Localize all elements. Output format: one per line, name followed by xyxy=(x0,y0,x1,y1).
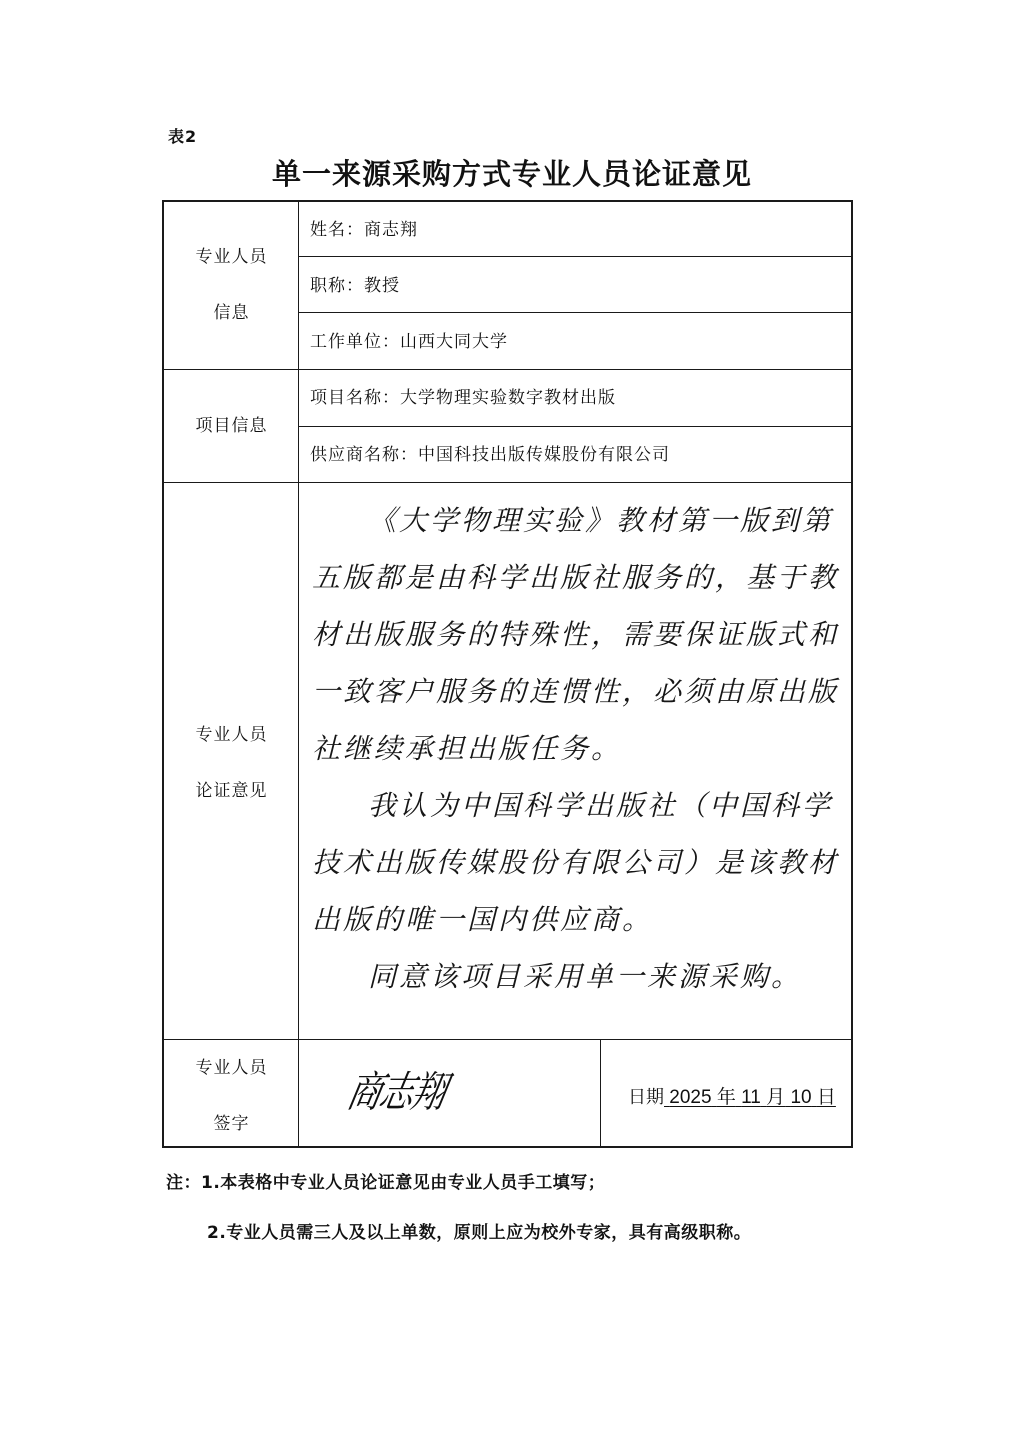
field-value: 大学物理实验数字教材出版 xyxy=(400,388,616,408)
label-line: 专业人员 xyxy=(164,707,299,763)
table-number: 表2 xyxy=(168,124,197,147)
argument-form-table: 专业人员 信息 姓名：商志翔 职称：教授 工作单位：山西大同大学 项目信息 项目… xyxy=(162,200,853,1148)
date-label: 日期 xyxy=(628,1087,664,1108)
note-2: 2.专业人员需三人及以上单数，原则上应为校外专家，具有高级职称。 xyxy=(207,1218,751,1243)
date-day: 10 xyxy=(790,1087,811,1108)
opinion-label: 专业人员 论证意见 xyxy=(164,707,299,819)
label-line: 签字 xyxy=(164,1096,299,1152)
opinion-paragraph: 同意该项目采用单一来源采购。 xyxy=(312,948,852,1005)
date-unit: 月 xyxy=(766,1087,785,1108)
field-label: 职称： xyxy=(310,276,364,296)
project-name-field: 项目名称：大学物理实验数字教材出版 xyxy=(310,370,616,426)
name-field: 姓名：商志翔 xyxy=(310,202,418,258)
title-field: 职称：教授 xyxy=(310,258,400,314)
document-title: 单一来源采购方式专业人员论证意见 xyxy=(0,152,1024,193)
date-month: 11 xyxy=(741,1087,761,1108)
project-info-label: 项目信息 xyxy=(164,398,299,454)
label-line: 论证意见 xyxy=(164,763,299,819)
field-value: 中国科技出版传媒股份有限公司 xyxy=(418,445,670,465)
date-value: 2025 年 11 月 10 日 xyxy=(664,1087,836,1108)
handwritten-opinion: 《大学物理实验》教材第一版到第五版都是由科学出版社服务的，基于教材出版服务的特殊… xyxy=(312,492,852,1005)
column-divider xyxy=(600,1039,601,1146)
note-1: 注：1.本表格中专业人员论证意见由专业人员手工填写； xyxy=(166,1168,605,1193)
supplier-field: 供应商名称：中国科技出版传媒股份有限公司 xyxy=(310,427,670,483)
field-value: 山西大同大学 xyxy=(400,332,508,352)
opinion-paragraph: 我认为中国科学出版社（中国科学技术出版传媒股份有限公司）是该教材出版的唯一国内供… xyxy=(312,777,852,948)
signature-label: 专业人员 签字 xyxy=(164,1040,299,1152)
label-line: 信息 xyxy=(164,285,299,341)
column-divider xyxy=(298,202,299,1146)
date-unit: 日 xyxy=(817,1087,836,1108)
field-label: 项目名称： xyxy=(310,388,400,408)
label-line: 专业人员 xyxy=(164,1040,299,1096)
employer-field: 工作单位：山西大同大学 xyxy=(310,314,508,370)
field-value: 商志翔 xyxy=(364,220,418,240)
handwritten-signature: 商志翔 xyxy=(342,1058,451,1119)
opinion-paragraph: 《大学物理实验》教材第一版到第五版都是由科学出版社服务的，基于教材出版服务的特殊… xyxy=(312,492,852,777)
field-label: 供应商名称： xyxy=(310,445,418,465)
field-label: 姓名： xyxy=(310,220,364,240)
expert-info-label: 专业人员 信息 xyxy=(164,229,299,341)
date-year: 2025 xyxy=(669,1087,711,1108)
field-label: 工作单位： xyxy=(310,332,400,352)
label-line: 专业人员 xyxy=(164,229,299,285)
field-value: 教授 xyxy=(364,276,400,296)
date-unit: 年 xyxy=(717,1087,736,1108)
date-field: 日期 2025 年 11 月 10 日 xyxy=(628,1082,836,1109)
